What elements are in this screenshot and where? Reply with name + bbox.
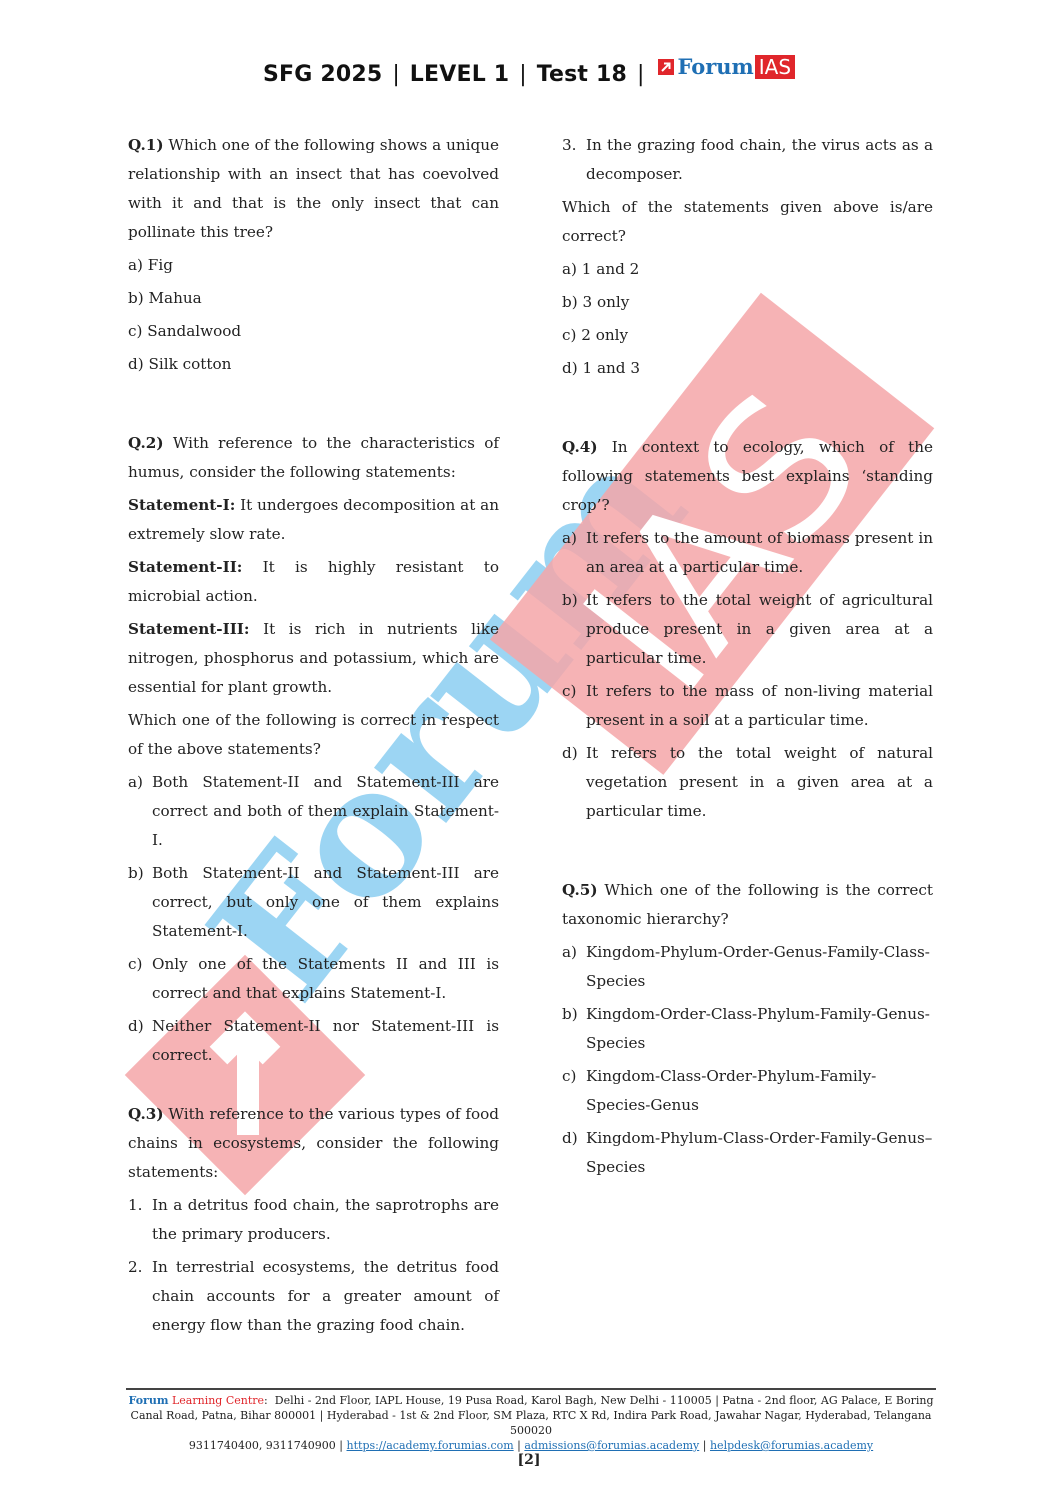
footer-separator: |	[703, 1439, 707, 1452]
header-separator: |	[519, 62, 526, 87]
option: b)Kingdom-Order-Class-Phylum-Family-Genu…	[562, 1000, 933, 1058]
option-label: c)	[562, 1062, 586, 1120]
option: d) 1 and 3	[562, 354, 933, 383]
option-label: d)	[562, 1124, 586, 1182]
question-prompt: Which of the statements given above is/a…	[562, 193, 933, 251]
statement: 2.In terrestrial ecosystems, the detritu…	[128, 1253, 499, 1340]
question-1: Q.1) Which one of the following shows a …	[128, 131, 499, 379]
statement-label: 3.	[562, 131, 586, 189]
question-number: Q.2)	[128, 434, 164, 452]
question-text: In context to ecology, which of the foll…	[562, 438, 933, 514]
question-number: Q.4)	[562, 438, 598, 456]
footer-separator: |	[517, 1439, 521, 1452]
level-title: LEVEL 1	[410, 62, 510, 87]
statement: 1.In a detritus food chain, the saprotro…	[128, 1191, 499, 1249]
admissions-email-link[interactable]: admissions@forumias.academy	[524, 1439, 699, 1452]
page-header: SFG 2025 | LEVEL 1 | Test 18 | Forum IAS	[0, 62, 1058, 87]
page-number: [2]	[0, 1452, 1058, 1468]
option-text: It refers to the amount of biomass prese…	[586, 524, 933, 582]
option-label: a)	[128, 768, 152, 855]
option: b)Both Statement-II and Statement-III ar…	[128, 859, 499, 946]
option: c)Only one of the Statements II and III …	[128, 950, 499, 1008]
arrow-up-right-icon	[658, 59, 674, 75]
logo-ias-text: IAS	[755, 55, 795, 79]
question-3-continued: 3.In the grazing food chain, the virus a…	[562, 131, 933, 383]
option: c)Kingdom-Class-Order-Phylum-Family-Spec…	[562, 1062, 933, 1120]
option: a)Both Statement-II and Statement-III ar…	[128, 768, 499, 855]
question-text: Which one of the following is the correc…	[562, 881, 933, 928]
option-text: Kingdom-Order-Class-Phylum-Family-Genus-…	[586, 1000, 933, 1058]
statement-text: In the grazing food chain, the virus act…	[586, 131, 933, 189]
option: a)Kingdom-Phylum-Order-Genus-Family-Clas…	[562, 938, 933, 996]
option-text: It refers to the total weight of agricul…	[586, 586, 933, 673]
option-label: b)	[562, 586, 586, 673]
option-text: Only one of the Statements II and III is…	[152, 950, 499, 1008]
test-title: Test 18	[537, 62, 627, 87]
series-title: SFG 2025	[263, 62, 382, 87]
option-label: a)	[562, 938, 586, 996]
question-3: Q.3) With reference to the various types…	[128, 1100, 499, 1340]
option-text: Kingdom-Phylum-Class-Order-Family-Genus–…	[586, 1124, 933, 1182]
footer-brand-forum: Forum	[129, 1394, 169, 1407]
option: a) Fig	[128, 251, 499, 280]
question-number: Q.1)	[128, 136, 164, 154]
question-5: Q.5) Which one of the following is the c…	[562, 876, 933, 1182]
footer-phones: 9311740400, 9311740900	[189, 1439, 336, 1452]
statement-text: In terrestrial ecosystems, the detritus …	[152, 1253, 499, 1340]
question-text: With reference to the characteristics of…	[128, 434, 499, 481]
question-text: Which one of the following shows a uniqu…	[128, 136, 499, 241]
forumias-logo: Forum IAS	[658, 54, 795, 79]
option: a)It refers to the amount of biomass pre…	[562, 524, 933, 582]
option: c) 2 only	[562, 321, 933, 350]
footer-colon: :	[264, 1394, 268, 1407]
option: d)It refers to the total weight of natur…	[562, 739, 933, 826]
question-2: Q.2) With reference to the characteristi…	[128, 429, 499, 1070]
option-text: Kingdom-Phylum-Order-Genus-Family-Class-…	[586, 938, 933, 996]
statement-label: Statement-II:	[128, 558, 242, 576]
footer-address: Forum Learning Centre: Delhi - 2nd Floor…	[126, 1393, 936, 1453]
question-4: Q.4) In context to ecology, which of the…	[562, 433, 933, 826]
question-text: With reference to the various types of f…	[128, 1105, 499, 1181]
option-label: d)	[562, 739, 586, 826]
statement-label: Statement-III:	[128, 620, 250, 638]
statement-label: 2.	[128, 1253, 152, 1340]
helpdesk-email-link[interactable]: helpdesk@forumias.academy	[710, 1439, 873, 1452]
statement-label: Statement-I:	[128, 496, 235, 514]
option-label: b)	[562, 1000, 586, 1058]
website-link[interactable]: https://academy.forumias.com	[347, 1439, 514, 1452]
question-number: Q.3)	[128, 1105, 164, 1123]
footer-divider	[126, 1388, 936, 1390]
option-label: c)	[562, 677, 586, 735]
question-number: Q.5)	[562, 881, 598, 899]
statement: 3.In the grazing food chain, the virus a…	[562, 131, 933, 189]
option: c)It refers to the mass of non-living ma…	[562, 677, 933, 735]
page-footer: Forum Learning Centre: Delhi - 2nd Floor…	[126, 1388, 936, 1453]
footer-separator: |	[339, 1439, 343, 1452]
question-prompt: Which one of the following is correct in…	[128, 706, 499, 764]
option-text: Kingdom-Class-Order-Phylum-Family-Specie…	[586, 1062, 933, 1120]
option: b) Mahua	[128, 284, 499, 313]
option: d)Neither Statement-II nor Statement-III…	[128, 1012, 499, 1070]
option-label: d)	[128, 1012, 152, 1070]
option-label: a)	[562, 524, 586, 582]
statement-label: 1.	[128, 1191, 152, 1249]
option: d) Silk cotton	[128, 350, 499, 379]
option: d)Kingdom-Phylum-Class-Order-Family-Genu…	[562, 1124, 933, 1182]
option: b)It refers to the total weight of agric…	[562, 586, 933, 673]
header-separator: |	[637, 62, 644, 87]
statement-text: In a detritus food chain, the saprotroph…	[152, 1191, 499, 1249]
option: b) 3 only	[562, 288, 933, 317]
option-text: It refers to the mass of non-living mate…	[586, 677, 933, 735]
option-text: Neither Statement-II nor Statement-III i…	[152, 1012, 499, 1070]
right-column: 3.In the grazing food chain, the virus a…	[562, 131, 933, 1212]
option-text: It refers to the total weight of natural…	[586, 739, 933, 826]
left-column: Q.1) Which one of the following shows a …	[128, 131, 499, 1370]
footer-brand-learning-centre: Learning Centre	[172, 1394, 264, 1407]
option-label: b)	[128, 859, 152, 946]
option: a) 1 and 2	[562, 255, 933, 284]
header-separator: |	[392, 62, 399, 87]
option-text: Both Statement-II and Statement-III are …	[152, 859, 499, 946]
option-label: c)	[128, 950, 152, 1008]
logo-forum-text: Forum	[677, 54, 753, 79]
option: c) Sandalwood	[128, 317, 499, 346]
option-text: Both Statement-II and Statement-III are …	[152, 768, 499, 855]
